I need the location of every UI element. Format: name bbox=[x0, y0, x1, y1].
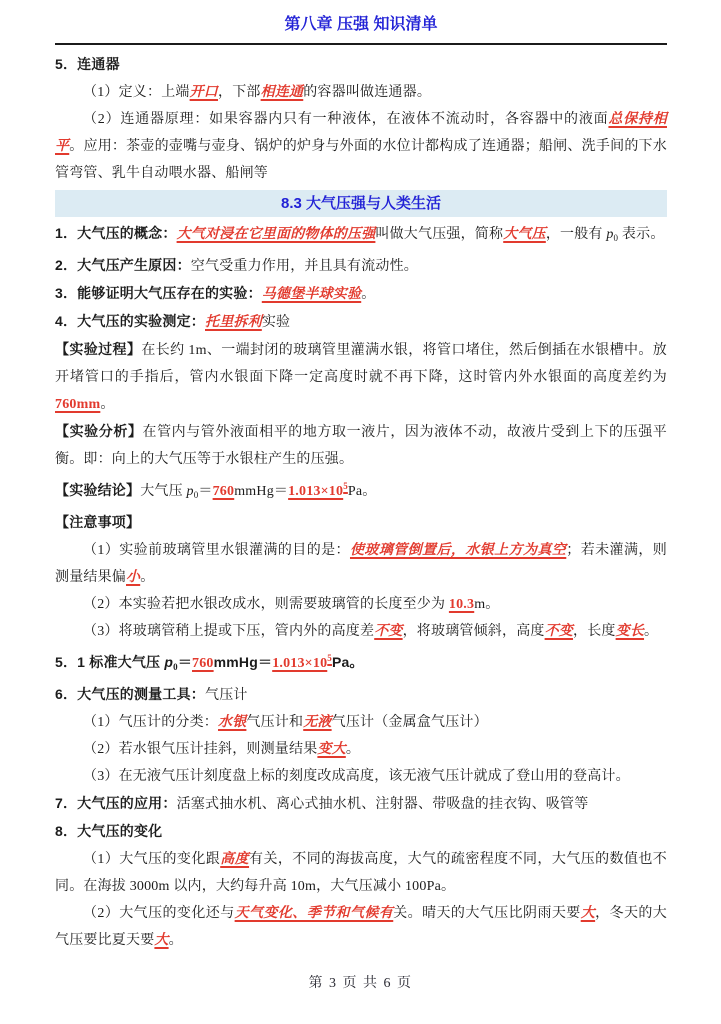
text-run: 4．大气压的实验测定： bbox=[55, 313, 205, 329]
paragraph: （1）定义：上端开口，下部相连通的容器叫做连通器。 bbox=[55, 79, 667, 106]
text-run: 叫做大气压强，简称 bbox=[375, 227, 503, 242]
paragraph: 5．连通器 bbox=[55, 51, 667, 79]
text-run: 气压计和 bbox=[246, 715, 303, 730]
highlighted-text: 大气压 bbox=[503, 227, 546, 242]
section-banner: 8.3 大气压强与人类生活 bbox=[55, 190, 667, 217]
document-body: 5．连通器（1）定义：上端开口，下部相连通的容器叫做连通器。（2）连通器原理：如… bbox=[55, 51, 667, 954]
paragraph: （3）在无液气压计刻度盘上标的刻度改成高度，该无液气压计就成了登山用的登高计。 bbox=[55, 763, 667, 790]
highlighted-text: 不变 bbox=[545, 624, 573, 639]
highlighted-text: 10.3 bbox=[449, 597, 474, 612]
text-run: （1）定义：上端 bbox=[83, 85, 190, 100]
text-run: mmHg＝ bbox=[234, 484, 288, 499]
paragraph: 5．1 标准大气压 p0＝760mmHg＝1.013×105Pa。 bbox=[55, 645, 667, 681]
text-run: 。 bbox=[361, 287, 375, 302]
text-run: （2）本实验若把水银改成水，则需要玻璃管的长度至少为 bbox=[83, 597, 449, 612]
text-run: 5．连通器 bbox=[55, 56, 120, 72]
text-run: （2）连通器原理：如果容器内只有一种液体，在液体不流动时，各容器中的液面 bbox=[83, 112, 608, 127]
document-page: 第八章 压强 知识清单 5．连通器（1）定义：上端开口，下部相连通的容器叫做连通… bbox=[0, 0, 721, 1024]
highlighted-text: 760 bbox=[213, 484, 235, 499]
text-run: 在长约 1m、一端封闭的玻璃管里灌满水银，将管口堵住，然后倒插在水银槽中。放开堵… bbox=[55, 343, 667, 385]
text-run: 。 bbox=[169, 933, 183, 948]
text-run: 2．大气压产生原因： bbox=[55, 257, 191, 273]
text-run: 8．大气压的变化 bbox=[55, 823, 162, 839]
title-divider bbox=[55, 43, 667, 45]
highlighted-text: 相连通 bbox=[261, 85, 304, 100]
text-run: 。 bbox=[140, 570, 154, 585]
text-run: 表示。 bbox=[618, 227, 664, 242]
text-run: 气压计 bbox=[205, 688, 248, 703]
text-run: 1．大气压的概念： bbox=[55, 225, 177, 241]
paragraph: （1）大气压的变化跟高度有关，不同的海拔高度，大气的疏密程度不同，大气压的数值也… bbox=[55, 846, 667, 900]
highlighted-text: 无液 bbox=[303, 715, 331, 730]
text-run: （1）气压计的分类： bbox=[83, 715, 218, 730]
page-number: 第 3 页 共 6 页 bbox=[0, 972, 721, 992]
text-run: ，将玻璃管倾斜，高度 bbox=[403, 624, 545, 639]
text-run: （2）若水银气压计挂斜，则测量结果 bbox=[83, 742, 317, 757]
text-run: ＝ bbox=[178, 654, 192, 670]
paragraph: （3）将玻璃管稍上提或下压，管内外的高度差不变，将玻璃管倾斜，高度不变，长度变长… bbox=[55, 618, 667, 645]
highlighted-text: 大气对浸在它里面的物体的压强 bbox=[177, 227, 376, 242]
text-run: （3）将玻璃管稍上提或下压，管内外的高度差 bbox=[83, 624, 374, 639]
text-run: 大气压 bbox=[140, 484, 186, 499]
text-run: 活塞式抽水机、离心式抽水机、注射器、带吸盘的挂衣钩、吸管等 bbox=[177, 797, 589, 812]
highlighted-text: 水银 bbox=[218, 715, 246, 730]
text-run: p bbox=[187, 484, 194, 499]
text-run: p bbox=[164, 654, 173, 670]
paragraph: （2）大气压的变化还与天气变化、季节和气候有关。晴天的大气压比阴雨天要大，冬天的… bbox=[55, 900, 667, 954]
text-run: Pa。 bbox=[348, 484, 377, 499]
text-run: （1）实验前玻璃管里水银灌满的目的是： bbox=[83, 543, 350, 558]
highlighted-text: 变长 bbox=[616, 624, 644, 639]
highlighted-text: 小 bbox=[126, 570, 140, 585]
text-run: 实验 bbox=[262, 315, 290, 330]
paragraph: （2）连通器原理：如果容器内只有一种液体，在液体不流动时，各容器中的液面总保持相… bbox=[55, 106, 667, 187]
paragraph: 【实验过程】在长约 1m、一端封闭的玻璃管里灌满水银，将管口堵住，然后倒插在水银… bbox=[55, 336, 667, 418]
text-run: （1）大气压的变化跟 bbox=[83, 852, 220, 867]
text-run: （2）大气压的变化还与 bbox=[83, 906, 235, 921]
highlighted-text: 高度 bbox=[220, 852, 249, 867]
text-run: 7．大气压的应用： bbox=[55, 795, 177, 811]
text-run: ，一般有 bbox=[546, 227, 607, 242]
paragraph: 7．大气压的应用：活塞式抽水机、离心式抽水机、注射器、带吸盘的挂衣钩、吸管等 bbox=[55, 790, 667, 818]
text-run: mmHg＝ bbox=[214, 654, 273, 670]
text-run: 的容器叫做连通器。 bbox=[303, 85, 431, 100]
text-run: 。 bbox=[100, 397, 114, 412]
text-run: 【注意事项】 bbox=[55, 514, 140, 530]
highlighted-text: 大 bbox=[581, 906, 595, 921]
highlighted-text: 760mm bbox=[55, 397, 100, 412]
paragraph: 6．大气压的测量工具：气压计 bbox=[55, 681, 667, 709]
paragraph: 【注意事项】 bbox=[55, 509, 667, 537]
text-run: 5．1 标准大气压 bbox=[55, 654, 164, 670]
paragraph: 8．大气压的变化 bbox=[55, 818, 667, 846]
paragraph: （2）若水银气压计挂斜，则测量结果变大。 bbox=[55, 736, 667, 763]
highlighted-text: 托里拆利 bbox=[205, 315, 262, 330]
text-run: Pa。 bbox=[332, 654, 364, 670]
highlighted-text: 1.013×10 bbox=[288, 484, 343, 499]
text-run: 在管内与管外液面相平的地方取一液片，因为液体不动，故液片受到上下的压强平衡。即：… bbox=[55, 425, 667, 467]
highlighted-text: 天气变化、季节和气候有 bbox=[235, 906, 394, 921]
highlighted-text: 不变 bbox=[374, 624, 402, 639]
paragraph: 【实验结论】大气压 p0＝760mmHg＝1.013×105Pa。 bbox=[55, 473, 667, 509]
text-run: 6．大气压的测量工具： bbox=[55, 686, 205, 702]
text-run: ＝ bbox=[198, 484, 212, 499]
text-run: 。应用：茶壶的壶嘴与壶身、锅炉的炉身与外面的水位计都构成了连通器；船闸、洗手间的… bbox=[55, 139, 667, 181]
paragraph: 【实验分析】在管内与管外液面相平的地方取一液片，因为液体不动，故液片受到上下的压… bbox=[55, 418, 667, 473]
paragraph: 3．能够证明大气压存在的实验：马德堡半球实验。 bbox=[55, 280, 667, 308]
text-run: m。 bbox=[474, 597, 499, 612]
text-run: ，长度 bbox=[573, 624, 616, 639]
highlighted-text: 1.013×10 bbox=[272, 656, 327, 671]
text-run: 气压计（金属盒气压计） bbox=[332, 715, 488, 730]
text-run: p bbox=[606, 227, 613, 242]
text-run: 空气受重力作用，并且具有流动性。 bbox=[191, 259, 418, 274]
text-run: 【实验分析】 bbox=[55, 423, 142, 439]
highlighted-text: 大 bbox=[154, 933, 168, 948]
document-content: 第八章 压强 知识清单 5．连通器（1）定义：上端开口，下部相连通的容器叫做连通… bbox=[0, 0, 721, 954]
text-run: 关。晴天的大气压比阴雨天要 bbox=[393, 906, 580, 921]
highlighted-text: 开口 bbox=[190, 85, 218, 100]
highlighted-text: 马德堡半球实验 bbox=[262, 287, 361, 302]
paragraph: 4．大气压的实验测定：托里拆利实验 bbox=[55, 308, 667, 336]
text-run: ，下部 bbox=[218, 85, 261, 100]
paragraph: 2．大气压产生原因：空气受重力作用，并且具有流动性。 bbox=[55, 252, 667, 280]
text-run: 。 bbox=[346, 742, 360, 757]
highlighted-text: 变大 bbox=[317, 742, 345, 757]
text-run: 。 bbox=[644, 624, 658, 639]
text-run: （3）在无液气压计刻度盘上标的刻度改成高度，该无液气压计就成了登山用的登高计。 bbox=[83, 769, 630, 784]
text-run: 【实验结论】 bbox=[55, 482, 140, 498]
paragraph: （2）本实验若把水银改成水，则需要玻璃管的长度至少为 10.3m。 bbox=[55, 591, 667, 618]
paragraph: （1）实验前玻璃管里水银灌满的目的是：使玻璃管倒置后，水银上方为真空；若未灌满，… bbox=[55, 537, 667, 591]
text-run: 3．能够证明大气压存在的实验： bbox=[55, 285, 262, 301]
text-run: 【实验过程】 bbox=[55, 341, 141, 357]
page-title: 第八章 压强 知识清单 bbox=[55, 14, 667, 36]
paragraph: 1．大气压的概念：大气对浸在它里面的物体的压强叫做大气压强，简称大气压，一般有 … bbox=[55, 220, 667, 252]
paragraph: （1）气压计的分类：水银气压计和无液气压计（金属盒气压计） bbox=[55, 709, 667, 736]
highlighted-text: 使玻璃管倒置后，水银上方为真空 bbox=[350, 543, 566, 558]
highlighted-text: 760 bbox=[192, 656, 214, 671]
